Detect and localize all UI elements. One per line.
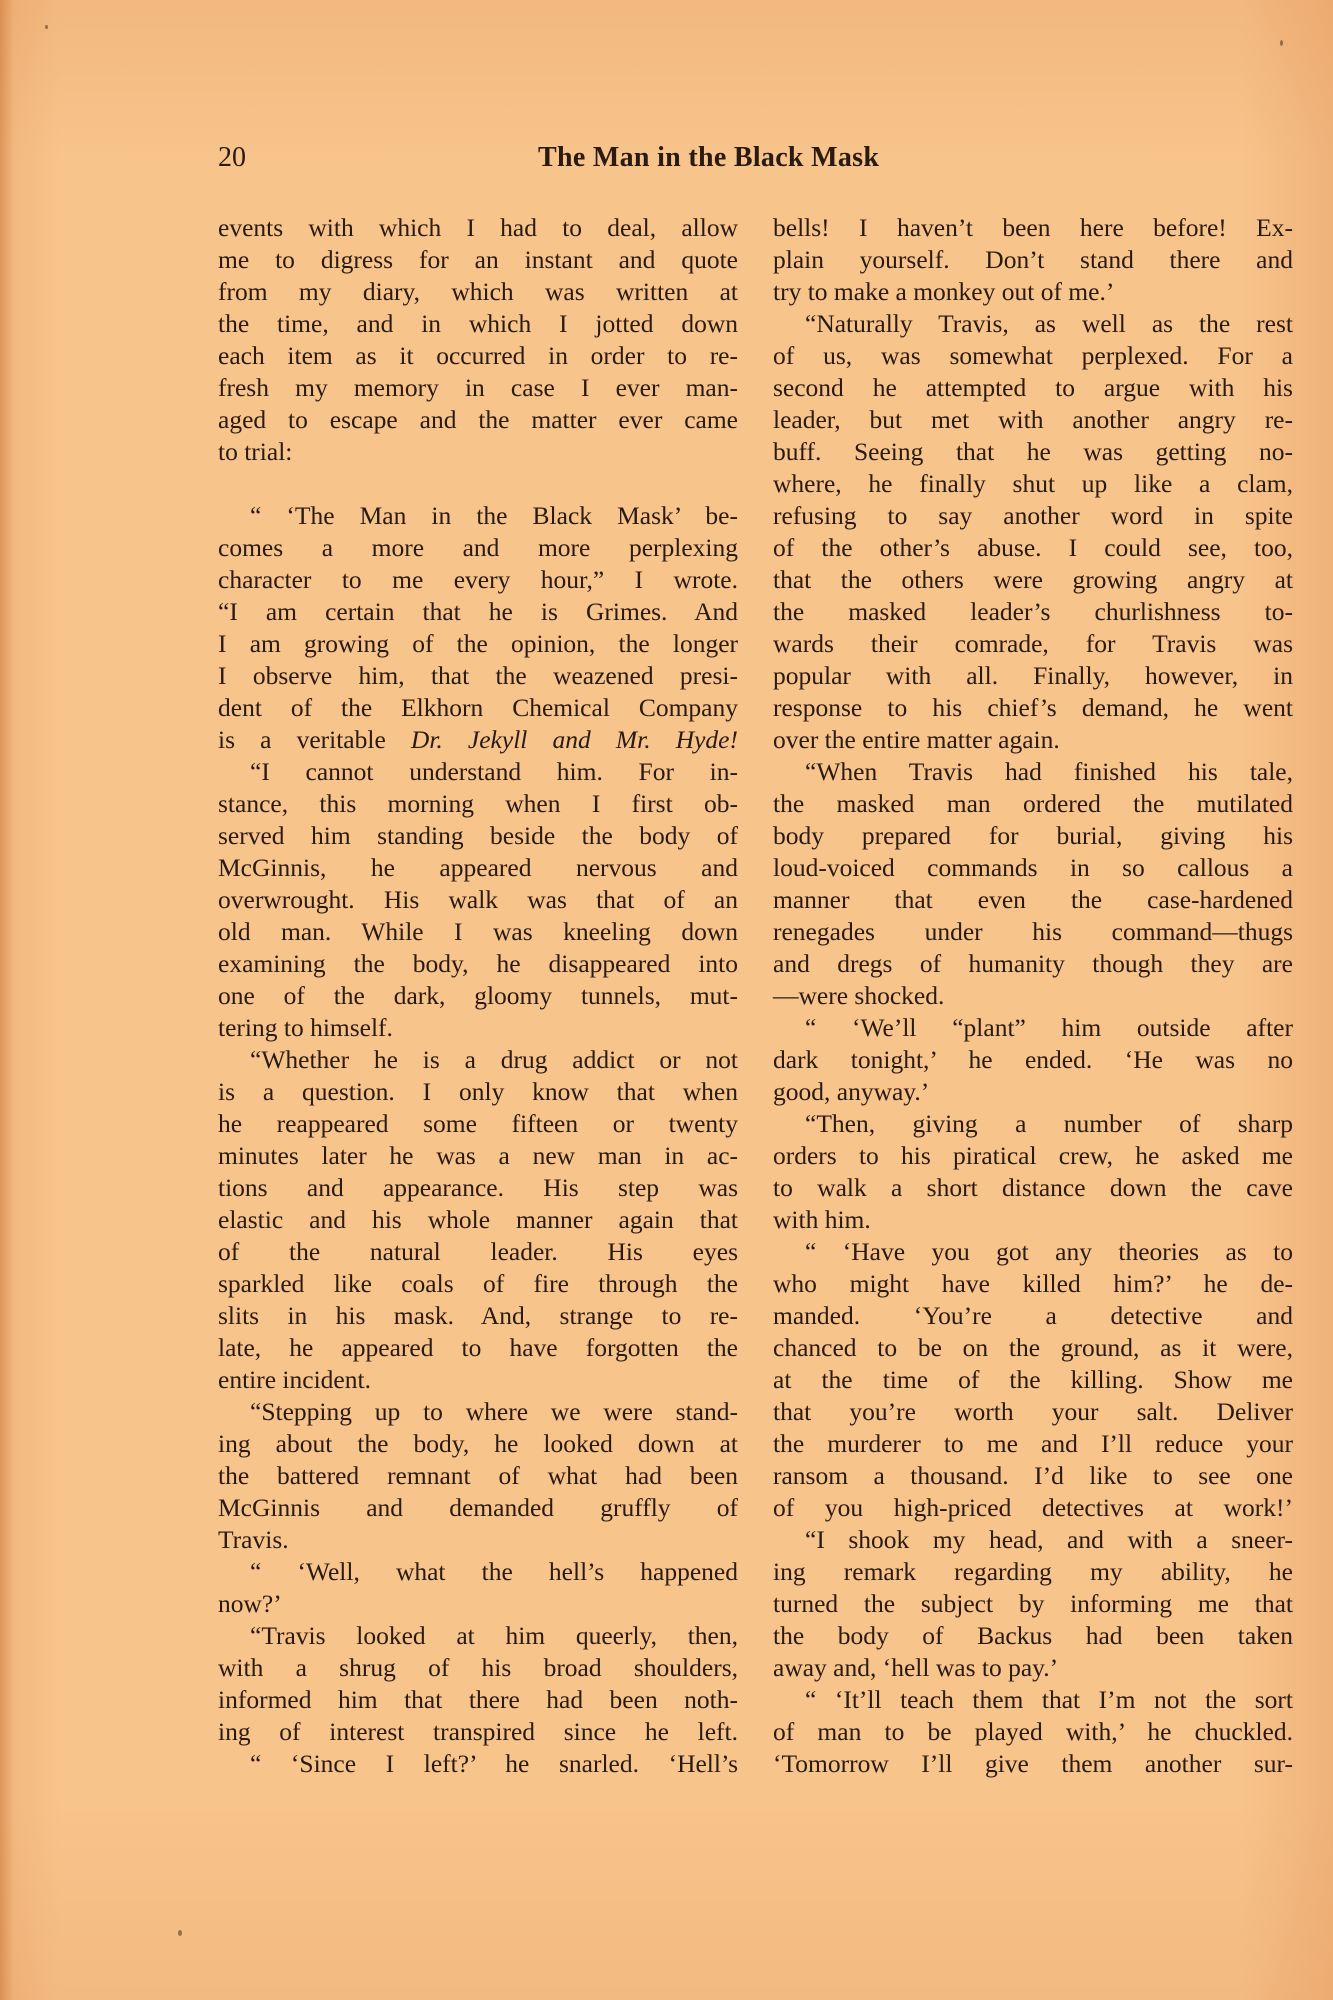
text-line: of the natural leader. His eyes: [218, 1236, 738, 1268]
text-line: McGinnis and demanded gruffly of: [218, 1492, 738, 1524]
line-text: refusing to say another word in spite: [773, 501, 1293, 530]
text-line: tions and appearance. His step was: [218, 1172, 738, 1204]
text-line: loud-voiced commands in so callous a: [773, 852, 1293, 884]
text-line: aged to escape and the matter ever came: [218, 404, 738, 436]
line-text: “ ‘The Man in the Black Mask’ be-: [250, 501, 738, 530]
line-text: “Whether he is a drug addict or not: [250, 1045, 738, 1074]
line-text: “I shook my head, and with a sneer-: [805, 1525, 1293, 1554]
text-line: with a shrug of his broad shoulders,: [218, 1652, 738, 1684]
line-text: with a shrug of his broad shoulders,: [218, 1653, 738, 1682]
text-line: with him.: [773, 1204, 1293, 1236]
line-text: tions and appearance. His step was: [218, 1173, 738, 1202]
text-line: events with which I had to deal, allow: [218, 212, 738, 244]
line-text: tering to himself.: [218, 1013, 393, 1042]
running-head: 20 The Man in the Black Mask: [218, 142, 1290, 182]
line-text: the masked leader’s churlishness to-: [773, 597, 1293, 626]
line-text: slits in his mask. And, strange to re-: [218, 1301, 738, 1330]
line-text: “ ‘Since I left?’ he snarled. ‘Hell’s: [250, 1749, 738, 1778]
line-text: at the time of the killing. Show me: [773, 1365, 1293, 1394]
line-text: of us, was somewhat perplexed. For a: [773, 341, 1293, 370]
line-text: McGinnis and demanded gruffly of: [218, 1493, 738, 1522]
line-text: of man to be played with,’ he chuckled.: [773, 1717, 1293, 1746]
text-line: entire incident.: [218, 1364, 738, 1396]
line-text: sparkled like coals of fire through the: [218, 1269, 738, 1298]
text-line: the body of Backus had been taken: [773, 1620, 1293, 1652]
line-text: informed him that there had been noth-: [218, 1685, 738, 1714]
text-line: character to me every hour,” I wrote.: [218, 564, 738, 596]
text-line: leader, but met with another angry re-: [773, 404, 1293, 436]
line-text: aged to escape and the matter ever came: [218, 405, 738, 434]
text-line: “I am certain that he is Grimes. And: [218, 596, 738, 628]
line-text: to trial:: [218, 437, 292, 466]
left-text-column: events with which I had to deal, allowme…: [218, 212, 738, 1780]
line-text: orders to his piratical crew, he asked m…: [773, 1141, 1293, 1170]
right-text-column: bells! I haven’t been here before! Ex-pl…: [773, 212, 1293, 1780]
text-line: body prepared for burial, giving his: [773, 820, 1293, 852]
text-line: of you high-priced detectives at work!’: [773, 1492, 1293, 1524]
text-line: “ ‘Have you got any theories as to: [773, 1236, 1293, 1268]
text-line: I observe him, that the weazened presi-: [218, 660, 738, 692]
line-text: I observe him, that the weazened presi-: [218, 661, 738, 690]
line-text: dent of the Elkhorn Chemical Company: [218, 693, 738, 722]
text-line: orders to his piratical crew, he asked m…: [773, 1140, 1293, 1172]
text-line: who might have killed him?’ he de-: [773, 1268, 1293, 1300]
text-line: of us, was somewhat perplexed. For a: [773, 340, 1293, 372]
line-text: “I cannot understand him. For in-: [250, 757, 738, 786]
line-text: “I am certain that he is Grimes. And: [218, 597, 738, 626]
line-text: “ ‘Have you got any theories as to: [805, 1237, 1293, 1266]
line-text: with him.: [773, 1205, 871, 1234]
text-line: “ ‘Well, what the hell’s happened: [218, 1556, 738, 1588]
text-line: informed him that there had been noth-: [218, 1684, 738, 1716]
line-text: “Naturally Travis, as well as the rest: [805, 309, 1293, 338]
line-text: over the entire matter again.: [773, 725, 1060, 754]
line-text: to walk a short distance down the cave: [773, 1173, 1293, 1202]
text-line: served him standing beside the body of: [218, 820, 738, 852]
text-line: “I shook my head, and with a sneer-: [773, 1524, 1293, 1556]
line-text: “When Travis had finished his tale,: [805, 757, 1293, 786]
line-text: plain yourself. Don’t stand there and: [773, 245, 1293, 274]
text-line: over the entire matter again.: [773, 724, 1293, 756]
line-text: ransom a thousand. I’d like to see one: [773, 1461, 1293, 1490]
text-line: each item as it occurred in order to re-: [218, 340, 738, 372]
line-text: served him standing beside the body of: [218, 821, 738, 850]
text-line: “Then, giving a number of sharp: [773, 1108, 1293, 1140]
text-line: “Naturally Travis, as well as the rest: [773, 308, 1293, 340]
text-line: to walk a short distance down the cave: [773, 1172, 1293, 1204]
line-text: old man. While I was kneeling down: [218, 917, 738, 946]
text-line: tering to himself.: [218, 1012, 738, 1044]
text-line: slits in his mask. And, strange to re-: [218, 1300, 738, 1332]
line-text: second he attempted to argue with his: [773, 373, 1293, 402]
text-line: I am growing of the opinion, the longer: [218, 628, 738, 660]
line-text: Travis.: [218, 1525, 289, 1554]
text-line: ransom a thousand. I’d like to see one: [773, 1460, 1293, 1492]
line-text: the masked man ordered the mutilated: [773, 789, 1293, 818]
italic-text: Dr. Jekyll and Mr. Hyde!: [411, 725, 738, 754]
text-line: is a question. I only know that when: [218, 1076, 738, 1108]
line-text: loud-voiced commands in so callous a: [773, 853, 1293, 882]
book-title: The Man in the Black Mask: [538, 142, 879, 174]
text-line: dent of the Elkhorn Chemical Company: [218, 692, 738, 724]
line-text: “Then, giving a number of sharp: [805, 1109, 1293, 1138]
text-line: Travis.: [218, 1524, 738, 1556]
text-line: away and, ‘hell was to pay.’: [773, 1652, 1293, 1684]
text-line: of the other’s abuse. I could see, too,: [773, 532, 1293, 564]
line-text: bells! I haven’t been here before! Ex-: [773, 213, 1293, 242]
line-text: “Travis looked at him queerly, then,: [250, 1621, 738, 1650]
line-text: and dregs of humanity though they are: [773, 949, 1293, 978]
text-line: overwrought. His walk was that of an: [218, 884, 738, 916]
text-line: elastic and his whole manner again that: [218, 1204, 738, 1236]
line-text: each item as it occurred in order to re-: [218, 341, 738, 370]
line-text: me to digress for an instant and quote: [218, 245, 738, 274]
line-text: turned the subject by informing me that: [773, 1589, 1293, 1618]
text-line: me to digress for an instant and quote: [218, 244, 738, 276]
line-text: minutes later he was a new man in ac-: [218, 1141, 738, 1170]
line-text: he reappeared some fifteen or twenty: [218, 1109, 738, 1138]
line-text: of you high-priced detectives at work!’: [773, 1493, 1293, 1522]
text-line: ‘Tomorrow I’ll give them another sur-: [773, 1748, 1293, 1780]
text-line: where, he finally shut up like a clam,: [773, 468, 1293, 500]
line-text: overwrought. His walk was that of an: [218, 885, 738, 914]
text-line: —were shocked.: [773, 980, 1293, 1012]
text-line: “Stepping up to where we were stand-: [218, 1396, 738, 1428]
text-line: plain yourself. Don’t stand there and: [773, 244, 1293, 276]
line-text: character to me every hour,” I wrote.: [218, 565, 738, 594]
line-text: the time, and in which I jotted down: [218, 309, 738, 338]
text-line: chanced to be on the ground, as it were,: [773, 1332, 1293, 1364]
text-line: bells! I haven’t been here before! Ex-: [773, 212, 1293, 244]
text-line: response to his chief’s demand, he went: [773, 692, 1293, 724]
line-text: McGinnis, he appeared nervous and: [218, 853, 738, 882]
line-text: ing about the body, he looked down at: [218, 1429, 738, 1458]
line-text: that the others were growing angry at: [773, 565, 1293, 594]
paper-speck: [45, 25, 48, 29]
text-line: “ ‘Since I left?’ he snarled. ‘Hell’s: [218, 1748, 738, 1780]
line-text: body prepared for burial, giving his: [773, 821, 1293, 850]
line-text: late, he appeared to have forgotten the: [218, 1333, 738, 1362]
text-line: good, anyway.’: [773, 1076, 1293, 1108]
text-line: that the others were growing angry at: [773, 564, 1293, 596]
line-text: is a veritable: [218, 725, 411, 754]
text-line: turned the subject by informing me that: [773, 1588, 1293, 1620]
text-line: fresh my memory in case I ever man-: [218, 372, 738, 404]
line-text: leader, but met with another angry re-: [773, 405, 1293, 434]
line-text: away and, ‘hell was to pay.’: [773, 1653, 1058, 1682]
line-text: renegades under his command—thugs: [773, 917, 1293, 946]
paper-speck: [178, 1930, 182, 1936]
line-text: events with which I had to deal, allow: [218, 213, 738, 242]
book-page: 20 The Man in the Black Mask events with…: [0, 0, 1333, 2000]
text-line: “Whether he is a drug addict or not: [218, 1044, 738, 1076]
text-line: try to make a monkey out of me.’: [773, 276, 1293, 308]
text-line: that you’re worth your salt. Deliver: [773, 1396, 1293, 1428]
text-line: ing of interest transpired since he left…: [218, 1716, 738, 1748]
text-line: to trial:: [218, 436, 738, 468]
line-text: manded. ‘You’re a detective and: [773, 1301, 1293, 1330]
line-text: ing remark regarding my ability, he: [773, 1557, 1293, 1586]
text-line: “Travis looked at him queerly, then,: [218, 1620, 738, 1652]
text-line: and dregs of humanity though they are: [773, 948, 1293, 980]
line-text: now?’: [218, 1589, 282, 1618]
line-text: fresh my memory in case I ever man-: [218, 373, 738, 402]
text-line: he reappeared some fifteen or twenty: [218, 1108, 738, 1140]
text-line: renegades under his command—thugs: [773, 916, 1293, 948]
line-text: try to make a monkey out of me.’: [773, 277, 1114, 306]
text-line: the masked leader’s churlishness to-: [773, 596, 1293, 628]
line-text: of the natural leader. His eyes: [218, 1237, 738, 1266]
line-text: good, anyway.’: [773, 1077, 929, 1106]
text-line: ing about the body, he looked down at: [218, 1428, 738, 1460]
text-line: second he attempted to argue with his: [773, 372, 1293, 404]
line-text: comes a more and more perplexing: [218, 533, 738, 562]
line-text: “ ‘Well, what the hell’s happened: [250, 1557, 738, 1586]
text-line: from my diary, which was written at: [218, 276, 738, 308]
text-line: refusing to say another word in spite: [773, 500, 1293, 532]
text-line: of man to be played with,’ he chuckled.: [773, 1716, 1293, 1748]
text-line: old man. While I was kneeling down: [218, 916, 738, 948]
text-line: manded. ‘You’re a detective and: [773, 1300, 1293, 1332]
line-text: ‘Tomorrow I’ll give them another sur-: [773, 1749, 1293, 1778]
line-text: where, he finally shut up like a clam,: [773, 469, 1293, 498]
line-text: the murderer to me and I’ll reduce your: [773, 1429, 1293, 1458]
text-line: is a veritable Dr. Jekyll and Mr. Hyde!: [218, 724, 738, 756]
line-text: entire incident.: [218, 1365, 371, 1394]
line-text: —were shocked.: [773, 981, 944, 1010]
text-line: the murderer to me and I’ll reduce your: [773, 1428, 1293, 1460]
line-text: from my diary, which was written at: [218, 277, 738, 306]
line-text: response to his chief’s demand, he went: [773, 693, 1293, 722]
line-text: chanced to be on the ground, as it were,: [773, 1333, 1293, 1362]
text-line: “ ‘We’ll “plant” him outside after: [773, 1012, 1293, 1044]
text-line: minutes later he was a new man in ac-: [218, 1140, 738, 1172]
line-text: of the other’s abuse. I could see, too,: [773, 533, 1293, 562]
text-line: the battered remnant of what had been: [218, 1460, 738, 1492]
text-line: McGinnis, he appeared nervous and: [218, 852, 738, 884]
text-line: stance, this morning when I first ob-: [218, 788, 738, 820]
line-text: stance, this morning when I first ob-: [218, 789, 738, 818]
text-line: “ ‘The Man in the Black Mask’ be-: [218, 500, 738, 532]
text-line: ing remark regarding my ability, he: [773, 1556, 1293, 1588]
line-text: the body of Backus had been taken: [773, 1621, 1293, 1650]
line-text: dark tonight,’ he ended. ‘He was no: [773, 1045, 1293, 1074]
text-line: “When Travis had finished his tale,: [773, 756, 1293, 788]
paper-speck: [1280, 40, 1283, 46]
line-text: ing of interest transpired since he left…: [218, 1717, 738, 1746]
text-line: popular with all. Finally, however, in: [773, 660, 1293, 692]
line-text: one of the dark, gloomy tunnels, mut-: [218, 981, 738, 1010]
line-text: wards their comrade, for Travis was: [773, 629, 1293, 658]
text-line: sparkled like coals of fire through the: [218, 1268, 738, 1300]
line-text: is a question. I only know that when: [218, 1077, 738, 1106]
text-line: dark tonight,’ he ended. ‘He was no: [773, 1044, 1293, 1076]
text-line: now?’: [218, 1588, 738, 1620]
line-text: that you’re worth your salt. Deliver: [773, 1397, 1293, 1426]
page-number: 20: [218, 142, 246, 174]
text-line: late, he appeared to have forgotten the: [218, 1332, 738, 1364]
text-line: manner that even the case-hardened: [773, 884, 1293, 916]
line-text: “Stepping up to where we were stand-: [250, 1397, 738, 1426]
text-line: “ ‘It’ll teach them that I’m not the sor…: [773, 1684, 1293, 1716]
text-line: the time, and in which I jotted down: [218, 308, 738, 340]
text-line: “I cannot understand him. For in-: [218, 756, 738, 788]
line-text: the battered remnant of what had been: [218, 1461, 738, 1490]
line-text: who might have killed him?’ he de-: [773, 1269, 1293, 1298]
line-text: examining the body, he disappeared into: [218, 949, 738, 978]
line-text: elastic and his whole manner again that: [218, 1205, 738, 1234]
text-line: examining the body, he disappeared into: [218, 948, 738, 980]
line-text: manner that even the case-hardened: [773, 885, 1293, 914]
line-text: buff. Seeing that he was getting no-: [773, 437, 1293, 466]
text-line: comes a more and more perplexing: [218, 532, 738, 564]
line-text: popular with all. Finally, however, in: [773, 661, 1293, 690]
text-line: one of the dark, gloomy tunnels, mut-: [218, 980, 738, 1012]
text-line: wards their comrade, for Travis was: [773, 628, 1293, 660]
text-line: at the time of the killing. Show me: [773, 1364, 1293, 1396]
line-text: I am growing of the opinion, the longer: [218, 629, 738, 658]
line-text: “ ‘We’ll “plant” him outside after: [805, 1013, 1293, 1042]
line-text: “ ‘It’ll teach them that I’m not the sor…: [805, 1685, 1293, 1714]
text-line: the masked man ordered the mutilated: [773, 788, 1293, 820]
text-line: buff. Seeing that he was getting no-: [773, 436, 1293, 468]
